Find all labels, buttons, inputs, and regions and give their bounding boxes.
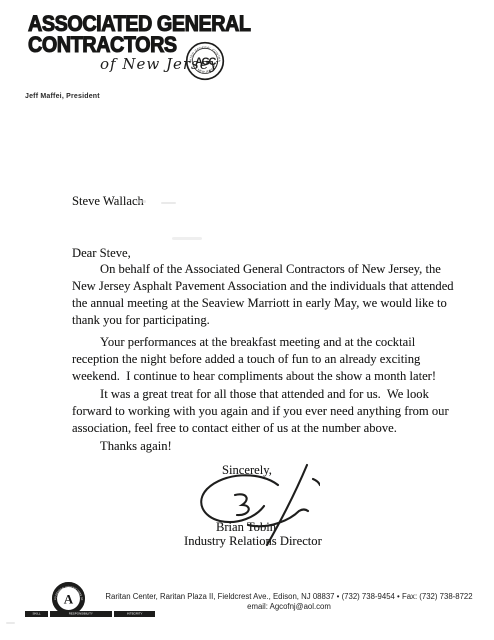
org-name-line1: ASSOCIATED GENERAL: [28, 13, 251, 34]
scan-artifact: [172, 237, 202, 240]
seal-monogram: AGC: [195, 56, 217, 68]
motto-segment: SKILL: [25, 611, 48, 617]
scan-artifact: [136, 200, 146, 203]
body-line: On behalf of the Associated General Cont…: [72, 261, 454, 278]
body-line: thank you for participating.: [72, 312, 454, 329]
body-line: forward to working with you again and if…: [72, 403, 449, 420]
paragraph-1: On behalf of the Associated General Cont…: [72, 261, 454, 329]
footer-email-line: email: Agcofnj@aol.com: [90, 602, 488, 612]
body-line: It was a great treat for all those that …: [72, 386, 449, 403]
signer-title: Industry Relations Director: [184, 533, 314, 550]
footer-seal-monogram: A: [64, 591, 74, 606]
president-line: Jeff Maffei, President: [25, 93, 100, 100]
body-line: association, feel free to contact either…: [72, 420, 449, 437]
body-line: weekend. I continue to hear compliments …: [72, 368, 436, 385]
recipient-name: Steve Wallach: [72, 193, 144, 210]
paragraph-3: It was a great treat for all those that …: [72, 386, 449, 437]
body-line: Your performances at the breakfast meeti…: [72, 334, 436, 351]
motto-word: RESPONSIBILITY: [69, 613, 93, 616]
motto-word: SKILL: [33, 613, 41, 616]
agc-nj-seal-icon: ASSOCIATED GENERAL CONTRACTORS OF NEW JE…: [185, 41, 225, 81]
footer-contact-block: Raritan Center, Raritan Plaza II, Fieldc…: [90, 592, 488, 612]
paragraph-2: Your performances at the breakfast meeti…: [72, 334, 436, 385]
scanned-letter-page: ASSOCIATED GENERAL CONTRACTORS of New Je…: [0, 0, 494, 640]
salutation: Dear Steve,: [72, 245, 131, 262]
motto-word: INTEGRITY: [126, 613, 142, 616]
scan-artifact: [6, 622, 15, 624]
body-line: reception the night before added a touch…: [72, 351, 436, 368]
scan-artifact: [161, 202, 176, 204]
body-line: the annual meeting at the Seaview Marrio…: [72, 295, 454, 312]
thanks-line: Thanks again!: [100, 438, 172, 455]
footer-address-line: Raritan Center, Raritan Plaza II, Fieldc…: [90, 592, 488, 602]
body-line: New Jersey Asphalt Pavement Association …: [72, 278, 454, 295]
